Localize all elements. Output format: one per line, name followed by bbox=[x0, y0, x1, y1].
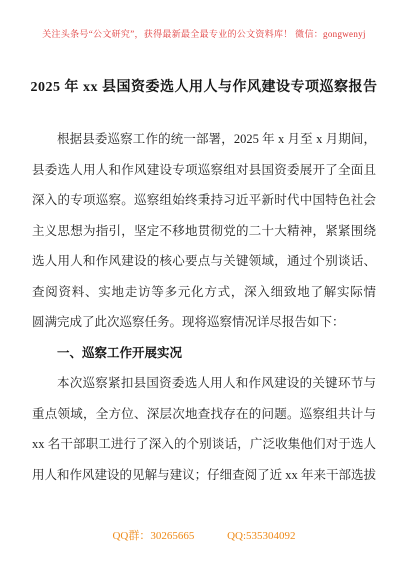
paragraph-line: 查阅资料、实地走访等多元化方式，深入细致地了解实际情况， bbox=[32, 277, 376, 308]
paragraph-line: 主义思想为指引，坚定不移地贯彻党的二十大精神，紧紧围绕 bbox=[32, 216, 376, 247]
paragraph-line: 深入的专项巡察。巡察组始终秉持习近平新时代中国特色社会 bbox=[32, 185, 376, 216]
paragraph-line: 本次巡察紧扣县国资委选人用人和作风建设的关键环节与 bbox=[32, 368, 376, 399]
paragraph-line: 用人和作风建设的见解与建议；仔细查阅了近 xx 年来干部选拔 bbox=[32, 460, 376, 491]
paragraph-line: 选人用人和作风建设的核心要点与关键领域，通过个别谈话、 bbox=[32, 246, 376, 277]
document-body: 根据县委巡察工作的统一部署，2025 年 x 月至 x 月期间， 县委选人用人和… bbox=[32, 124, 376, 490]
document-title: 2025 年 xx 县国资委选人用人与作风建设专项巡察报告 bbox=[20, 76, 388, 96]
promo-header-notice: 关注头条号“公文研究”，获得最新最全最专业的公文资料库！ 微信：gongweny… bbox=[0, 27, 408, 40]
paragraph-line: 圆满完成了此次巡察任务。现将巡察情况详尽报告如下： bbox=[32, 307, 376, 338]
paragraph-line: 根据县委巡察工作的统一部署，2025 年 x 月至 x 月期间， bbox=[32, 124, 376, 155]
qq-group-number: QQ群：30265665 bbox=[112, 527, 194, 543]
contact-footer: QQ群：30265665 QQ:535304092 bbox=[0, 527, 408, 543]
section-heading-1: 一、巡察工作开展实况 bbox=[32, 338, 376, 369]
document-page: 关注头条号“公文研究”，获得最新最全最专业的公文资料库！ 微信：gongweny… bbox=[0, 0, 408, 580]
qq-number: QQ:535304092 bbox=[227, 530, 295, 542]
paragraph-line: 县委选人用人和作风建设专项巡察组对县国资委展开了全面且 bbox=[32, 155, 376, 186]
paragraph-line: 重点领域，全方位、深层次地查找存在的问题。巡察组共计与 bbox=[32, 399, 376, 430]
paragraph-line: xx 名干部职工进行了深入的个别谈话，广泛收集他们对于选人 bbox=[32, 429, 376, 460]
